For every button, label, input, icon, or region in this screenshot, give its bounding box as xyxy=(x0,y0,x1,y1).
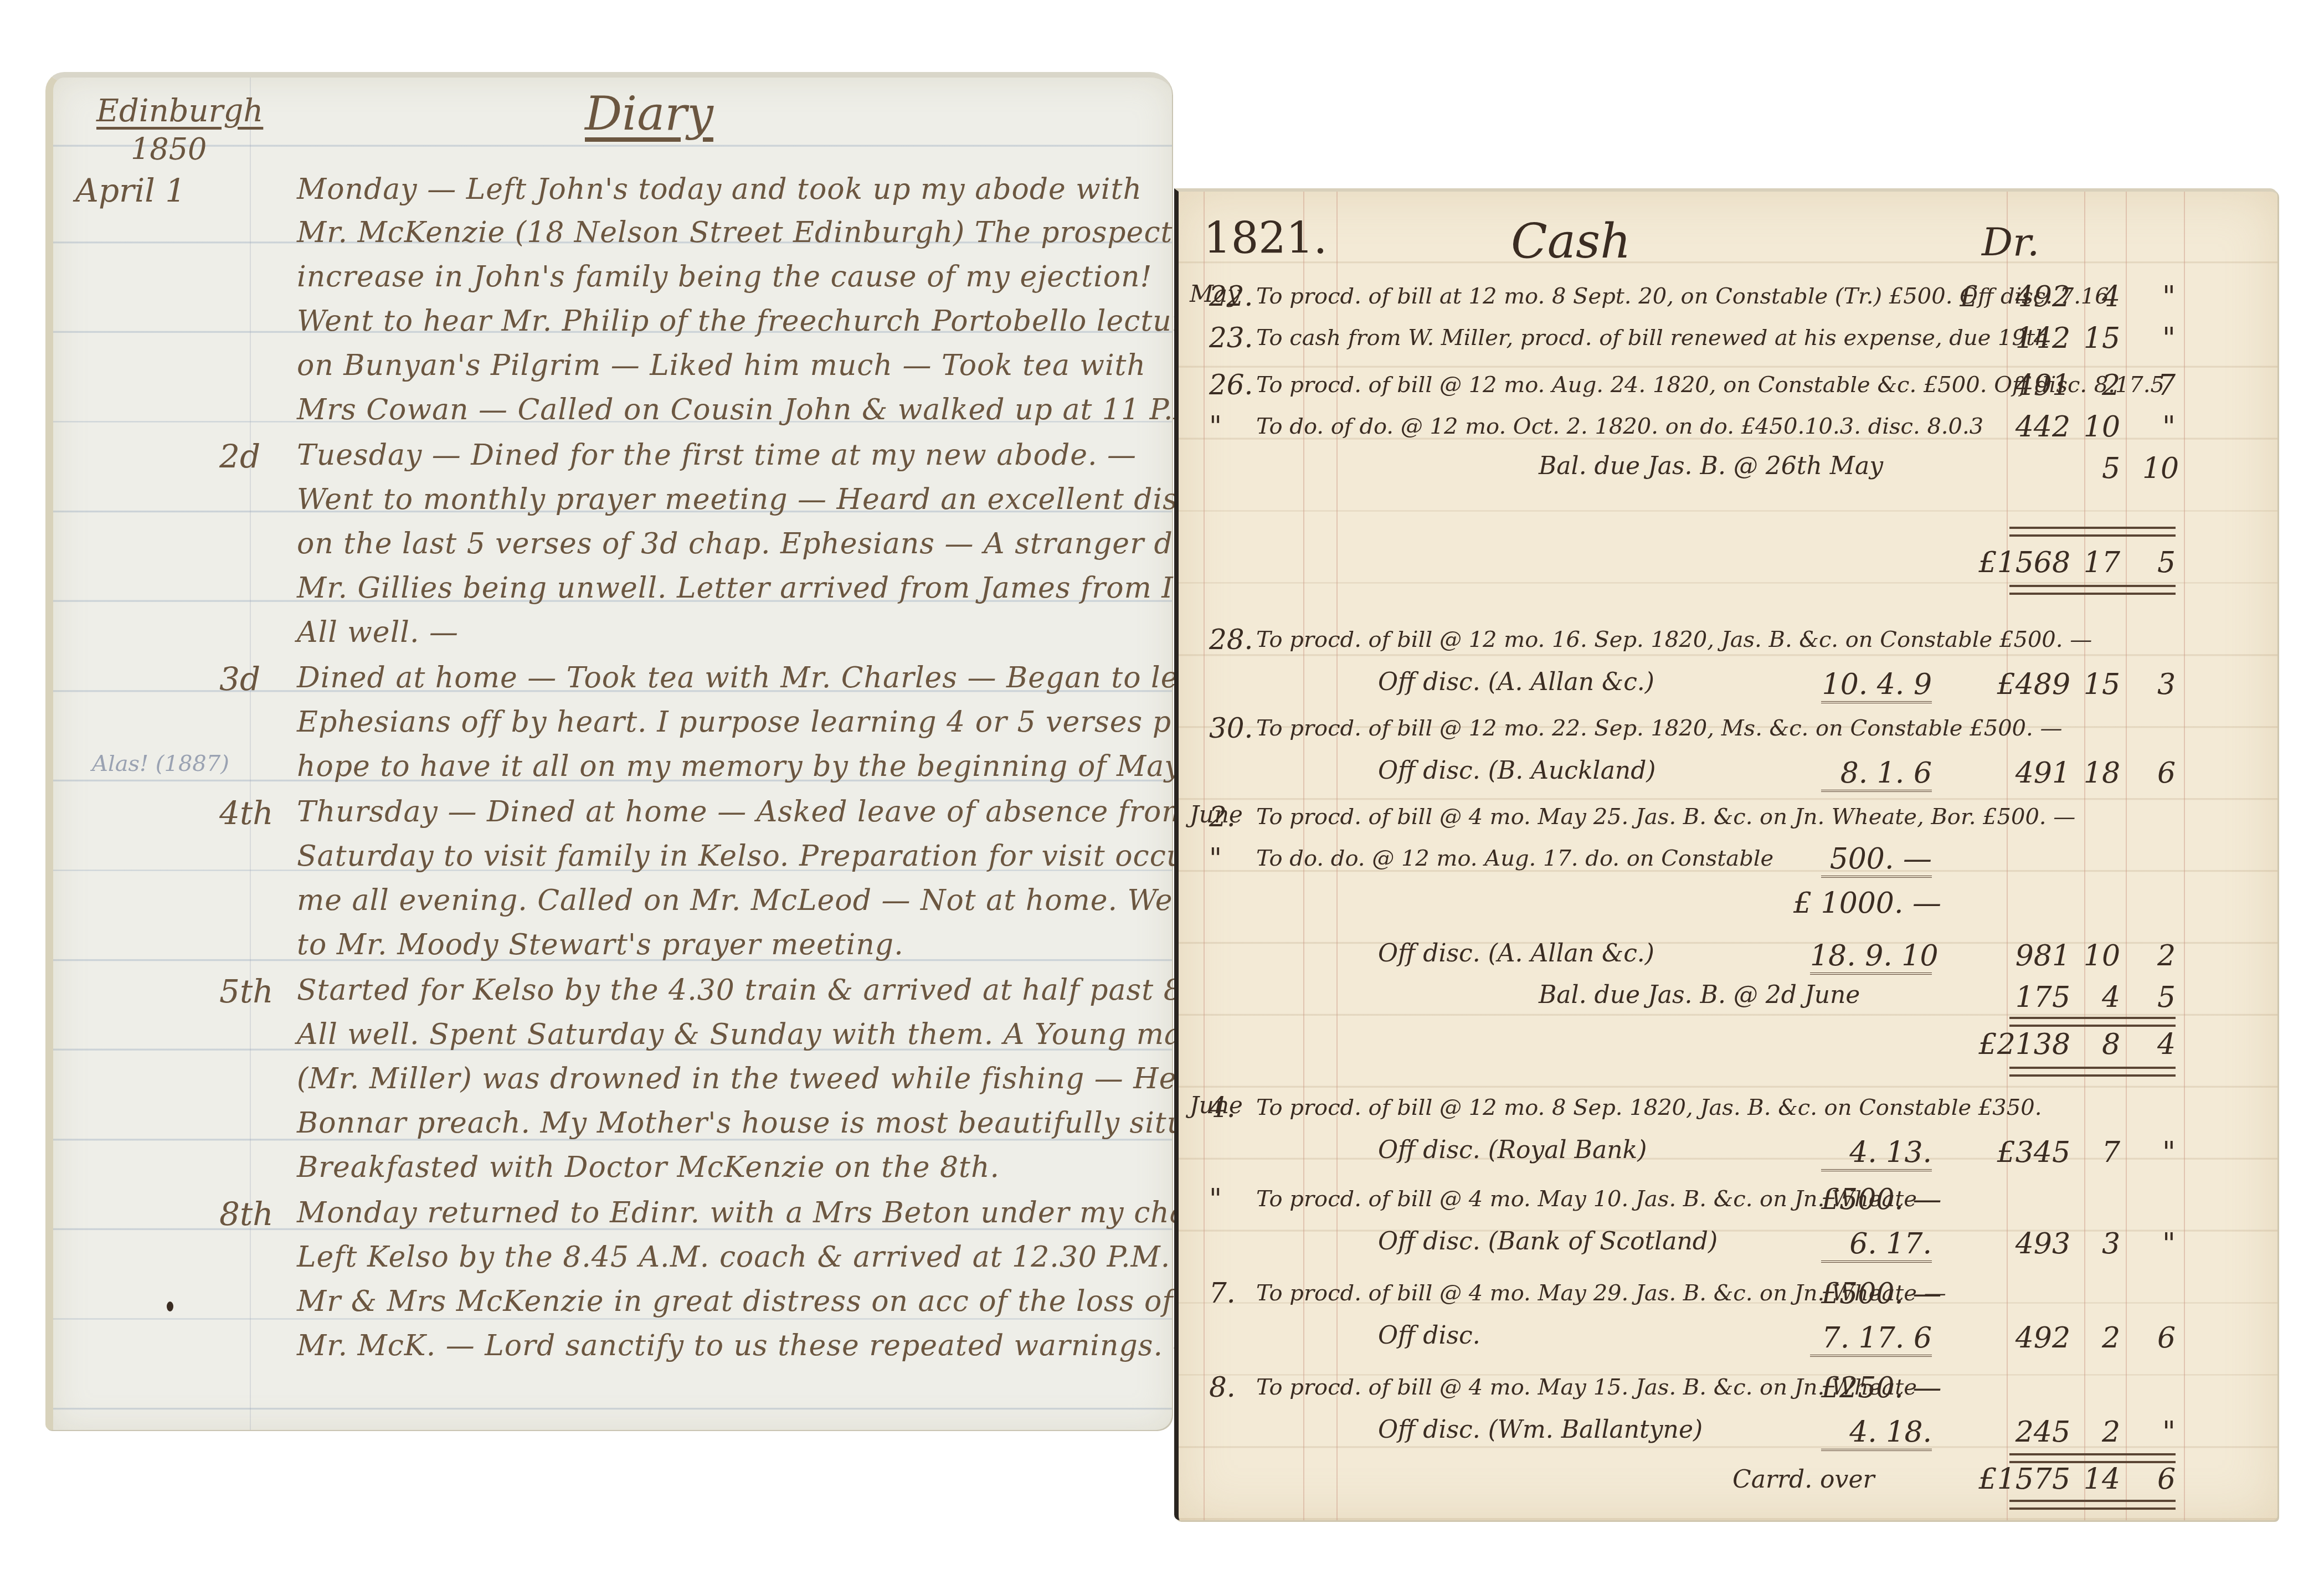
entry-line: Tuesday — Dined for the first time at my… xyxy=(297,439,1137,472)
row-day: " xyxy=(1209,410,1222,443)
row-desc: To procd. of bill @ 12 mo. 22. Sep. 1820… xyxy=(1256,716,2062,741)
entry-line: Monday returned to Edinr. with a Mrs Bet… xyxy=(297,1196,1248,1229)
row-day: 8. xyxy=(1209,1371,1236,1403)
shillings: 5 xyxy=(2070,452,2120,485)
shillings: 10 xyxy=(2070,939,2120,973)
row-desc: Bal. due Jas. B. @ 2d June xyxy=(1539,981,1860,1009)
pounds: 492 xyxy=(1971,1321,2070,1355)
entry-line: on Bunyan's Pilgrim — Liked him much — T… xyxy=(297,349,1146,382)
subtotal-pounds: £1568 xyxy=(1954,546,2070,579)
discount-amount: 6. 17. xyxy=(1821,1227,1932,1263)
total-rule xyxy=(2009,527,2176,537)
pounds: 442 xyxy=(1971,410,2070,444)
shillings: 7 xyxy=(2070,1136,2120,1169)
bill-amount: £250. — xyxy=(1821,1371,1932,1404)
carried-shillings: 14 xyxy=(2070,1463,2120,1496)
row-day: 2. xyxy=(1209,801,1236,833)
shillings: 2 xyxy=(2070,1321,2120,1355)
pounds: 245 xyxy=(1971,1416,2070,1449)
row-desc: To procd. of bill @ 4 mo. May 15. Jas. B… xyxy=(1256,1375,1917,1400)
bill-total: £ 1000. — xyxy=(1793,887,1932,920)
pence: 5 xyxy=(2142,981,2176,1014)
diary-page: Edinburgh 1850 Diary April 1 Monday — Le… xyxy=(45,72,1172,1430)
entry-line: Went to monthly prayer meeting — Heard a… xyxy=(297,483,1279,516)
pounds: £489 xyxy=(1954,668,2070,701)
carried-over-label: Carrd. over xyxy=(1732,1465,1875,1494)
entry-line: Dined at home — Took tea with Mr. Charle… xyxy=(297,661,1230,694)
shillings: 2 xyxy=(2070,1416,2120,1449)
carried-pounds: £1575 xyxy=(1954,1463,2070,1496)
column-rule xyxy=(1204,192,1205,1520)
total-rule xyxy=(2009,1453,2176,1463)
entry-date: 2d xyxy=(219,438,260,475)
row-desc: Off disc. (A. Allan &c.) xyxy=(1378,939,1654,968)
entry-line: hope to have it all on my memory by the … xyxy=(297,750,1273,783)
row-day: 26. xyxy=(1209,369,1253,401)
shillings: 4 xyxy=(2070,981,2120,1014)
entry-line: All well. Spent Saturday & Sunday with t… xyxy=(297,1018,1201,1051)
entry-date: 8th xyxy=(219,1195,274,1233)
row-desc: Off disc. (Bank of Scotland) xyxy=(1378,1227,1718,1256)
subtotal-pence: 4 xyxy=(2142,1028,2176,1061)
pounds: £345 xyxy=(1954,1136,2070,1169)
entry-line: Saturday to visit family in Kelso. Prepa… xyxy=(297,840,1251,873)
total-rule xyxy=(2009,1067,2176,1077)
discount-amount: 18. 9. 10 xyxy=(1810,939,1932,975)
ledger-page: 1821. Cash Dr. May 22. To procd. of bill… xyxy=(1174,188,2277,1520)
shillings: 15 xyxy=(2070,668,2120,701)
entry-line: Mr. McK. — Lord sanctify to us these rep… xyxy=(297,1329,1202,1362)
entry-date: 5th xyxy=(219,973,274,1010)
discount-amount: 10. 4. 9 xyxy=(1821,668,1932,703)
pounds: 491 xyxy=(1971,369,2070,402)
pence: " xyxy=(2142,1227,2176,1260)
pence: " xyxy=(2142,280,2176,313)
ink-blot xyxy=(167,1301,173,1311)
ledger-side-label: Dr. xyxy=(1982,219,2039,265)
subtotal-shillings: 8 xyxy=(2070,1028,2120,1061)
subtotal-pence: 5 xyxy=(2142,546,2176,579)
total-rule xyxy=(2009,1500,2176,1510)
row-day: 4. xyxy=(1209,1092,1236,1124)
entry-line: Went to hear Mr. Philip of the freechurc… xyxy=(297,305,1204,338)
pounds: 491 xyxy=(1971,757,2070,790)
pence: 3 xyxy=(2142,668,2176,701)
entry-line: (Mr. Miller) was drowned in the tweed wh… xyxy=(297,1062,1288,1095)
row-desc: Off disc. (B. Auckland) xyxy=(1378,757,1656,785)
diary-year: 1850 xyxy=(131,132,207,167)
entry-line: Bonnar preach. My Mother's house is most… xyxy=(297,1107,1262,1140)
row-desc: To procd. of bill @ 4 mo. May 10. Jas. B… xyxy=(1256,1186,1917,1212)
subtotal-pounds: £2138 xyxy=(1954,1028,2070,1061)
entry-line: Left Kelso by the 8.45 A.M. coach & arri… xyxy=(297,1241,1274,1274)
shillings: 15 xyxy=(2070,322,2120,355)
subtotal-shillings: 17 xyxy=(2070,546,2120,579)
entry-line: me all evening. Called on Mr. McLeod — N… xyxy=(297,884,1204,917)
entry-line: Monday — Left John's today and took up m… xyxy=(297,173,1142,206)
ledger-title: Cash xyxy=(1511,214,1631,269)
margin-note: Alas! (1887) xyxy=(92,751,229,776)
row-desc: To procd. of bill @ 4 mo. May 25. Jas. B… xyxy=(1256,804,2075,830)
diary-place: Edinburgh xyxy=(96,93,263,129)
row-desc: To cash from W. Miller, procd. of bill r… xyxy=(1256,325,2049,351)
shillings: 4 xyxy=(2070,280,2120,313)
discount-amount: 4. 18. xyxy=(1821,1416,1932,1451)
pence: " xyxy=(2142,410,2176,444)
entry-line: Breakfasted with Doctor McKenzie on the … xyxy=(297,1151,1000,1184)
pounds: 142 xyxy=(1971,322,2070,355)
pence: 10 xyxy=(2142,452,2176,485)
bill-amount: £500. — xyxy=(1821,1183,1932,1216)
row-desc: Off disc. (A. Allan &c.) xyxy=(1378,668,1654,696)
row-desc: Off disc. (Royal Bank) xyxy=(1378,1136,1647,1164)
pence: 2 xyxy=(2142,939,2176,973)
row-desc: To procd. of bill @ 12 mo. 16. Sep. 1820… xyxy=(1256,627,2092,652)
entry-line: Started for Kelso by the 4.30 train & ar… xyxy=(297,974,1256,1007)
bill-amount: £500. — xyxy=(1821,1277,1932,1310)
discount-amount: 8. 1. 6 xyxy=(1821,757,1932,792)
pence: 7 xyxy=(2142,369,2176,402)
discount-amount: 4. 13. xyxy=(1821,1136,1932,1171)
pounds: 492 xyxy=(1971,280,2070,313)
entry-date: 3d xyxy=(219,660,260,698)
entry-line: All well. — xyxy=(297,616,459,649)
column-rule xyxy=(2184,192,2185,1520)
entry-line: Mr. McKenzie (18 Nelson Street Edinburgh… xyxy=(297,216,1258,249)
pounds: 493 xyxy=(1971,1227,2070,1260)
carried-pence: 6 xyxy=(2142,1463,2176,1496)
entry-line: on the last 5 verses of 3d chap. Ephesia… xyxy=(297,527,1318,560)
ledger-year: 1821. xyxy=(1204,214,1327,264)
row-desc: Off disc. xyxy=(1378,1321,1480,1350)
total-rule xyxy=(2009,585,2176,595)
row-day: " xyxy=(1209,1183,1222,1215)
pounds: 175 xyxy=(1971,981,2070,1014)
entry-line: Mrs Cowan — Called on Cousin John & walk… xyxy=(297,393,1213,426)
row-day: 30. xyxy=(1209,712,1253,744)
row-desc: To do. do. @ 12 mo. Aug. 17. do. on Cons… xyxy=(1256,846,1773,871)
entry-date: 4th xyxy=(219,794,274,832)
row-day: 23. xyxy=(1209,322,1253,354)
entry-line: Ephesians off by heart. I purpose learni… xyxy=(297,706,1271,739)
bill-amount: 500. — xyxy=(1821,842,1932,878)
pence: 6 xyxy=(2142,757,2176,790)
discount-amount: 7. 17. 6 xyxy=(1810,1321,1932,1357)
entry-date: April 1 xyxy=(75,172,186,209)
shillings: 3 xyxy=(2070,1227,2120,1260)
row-desc: Bal. due Jas. B. @ 26th May xyxy=(1539,452,1883,480)
row-day: " xyxy=(1209,842,1222,874)
row-desc: To do. of do. @ 12 mo. Oct. 2. 1820. on … xyxy=(1256,414,1983,439)
shillings: 18 xyxy=(2070,757,2120,790)
diary-title: Diary xyxy=(585,86,713,141)
total-rule xyxy=(2009,1017,2176,1027)
pence: " xyxy=(2142,1136,2176,1169)
row-desc: Off disc. (Wm. Ballantyne) xyxy=(1378,1416,1703,1444)
entry-line: to Mr. Moody Stewart's prayer meeting. xyxy=(297,928,904,961)
row-day: 22. xyxy=(1209,280,1253,312)
pence: 6 xyxy=(2142,1321,2176,1355)
pence: " xyxy=(2142,1416,2176,1449)
entry-line: Mr. Gillies being unwell. Letter arrived… xyxy=(297,572,1239,605)
shillings: 10 xyxy=(2070,410,2120,444)
row-desc: To procd. of bill @ 12 mo. 8 Sep. 1820, … xyxy=(1256,1095,2042,1120)
row-day: 28. xyxy=(1209,624,1253,656)
row-day: 7. xyxy=(1209,1277,1236,1309)
pounds: 981 xyxy=(1971,939,2070,973)
pence: " xyxy=(2142,322,2176,355)
entry-line: increase in John's family being the caus… xyxy=(297,260,1152,294)
shillings: 2 xyxy=(2070,369,2120,402)
